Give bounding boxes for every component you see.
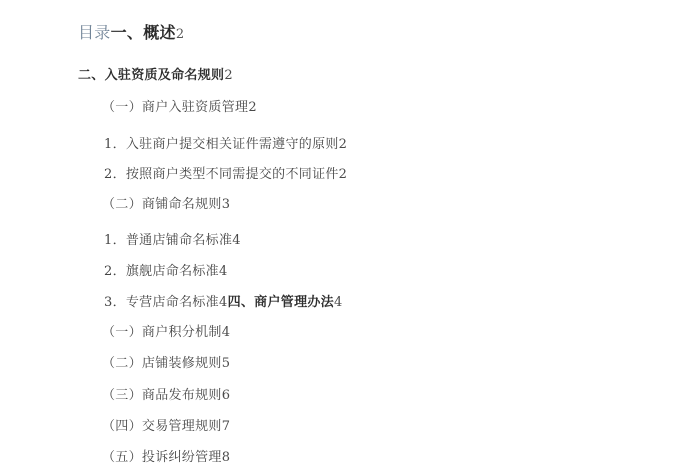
- page-number: 4: [219, 295, 228, 310]
- toc-entry-subsection[interactable]: （二）店铺装修规则5: [102, 356, 230, 372]
- toc-title-line: 目录一、概述2: [78, 23, 184, 45]
- toc-entry-text: 1．入驻商户提交相关证件需遵守的原则: [104, 137, 339, 152]
- toc-entry-subsection[interactable]: （五）投诉纠纷管理8: [102, 450, 230, 466]
- page-number: 8: [222, 450, 231, 465]
- page-number: 7: [222, 419, 231, 434]
- page-number: 2: [339, 167, 348, 182]
- toc-entry-subsection[interactable]: （二）商铺命名规则3: [102, 197, 230, 213]
- toc-entry-text: （四）交易管理规则: [102, 419, 222, 434]
- page-number: 3: [222, 197, 231, 212]
- toc-entry-text: 二、入驻资质及命名规则: [78, 68, 224, 83]
- toc-entry-text: （五）投诉纠纷管理: [102, 450, 222, 465]
- toc-entry-subsection[interactable]: （三）商品发布规则6: [102, 388, 230, 404]
- toc-entry-text: 3．专营店命名标准: [104, 295, 219, 310]
- page-number: 4: [232, 233, 241, 248]
- page-number: 4: [222, 325, 231, 340]
- toc-entry-text: 1．普通店铺命名标准: [104, 233, 232, 248]
- toc-entry-text: 四、商户管理办法: [228, 295, 334, 310]
- toc-combined-line: 3．专营店命名标准4四、商户管理办法4: [104, 295, 343, 311]
- toc-entry-overview[interactable]: 一、概述2: [111, 23, 185, 42]
- page-number: 4: [334, 295, 343, 310]
- toc-entry-subsection[interactable]: （一）商户入驻资质管理2: [102, 100, 257, 116]
- toc-entry-text: 2．按照商户类型不同需提交的不同证件: [104, 167, 339, 182]
- page-number: 2: [224, 68, 233, 83]
- page-number: 4: [219, 264, 228, 279]
- toc-entry-item[interactable]: 2．按照商户类型不同需提交的不同证件2: [104, 167, 347, 183]
- toc-entry-text: （三）商品发布规则: [102, 388, 222, 403]
- toc-entry-text: 2．旗舰店命名标准: [104, 264, 219, 279]
- toc-entry-section-4[interactable]: 四、商户管理办法4: [228, 295, 343, 310]
- toc-entry-subsection[interactable]: （一）商户积分机制4: [102, 325, 230, 341]
- toc-entry-text: （二）商铺命名规则: [102, 197, 222, 212]
- page-number: 2: [339, 137, 348, 152]
- page-number: 6: [222, 388, 231, 403]
- toc-entry-item[interactable]: 2．旗舰店命名标准4: [104, 264, 228, 280]
- toc-entry-text: （二）店铺装修规则: [102, 356, 222, 371]
- toc-entry-text: （一）商户入驻资质管理: [102, 100, 248, 115]
- page-number: 2: [176, 27, 185, 42]
- page-number: 2: [248, 100, 257, 115]
- page-number: 5: [222, 356, 231, 371]
- toc-title: 目录: [78, 23, 111, 42]
- toc-entry-item[interactable]: 3．专营店命名标准4: [104, 295, 228, 310]
- toc-entry-item[interactable]: 1．入驻商户提交相关证件需遵守的原则2: [104, 137, 347, 153]
- toc-entry-item[interactable]: 1．普通店铺命名标准4: [104, 233, 241, 249]
- toc-entry-section-2[interactable]: 二、入驻资质及命名规则2: [78, 68, 233, 84]
- toc-entry-text: 一、概述: [111, 23, 176, 42]
- toc-entry-subsection[interactable]: （四）交易管理规则7: [102, 419, 230, 435]
- toc-entry-text: （一）商户积分机制: [102, 325, 222, 340]
